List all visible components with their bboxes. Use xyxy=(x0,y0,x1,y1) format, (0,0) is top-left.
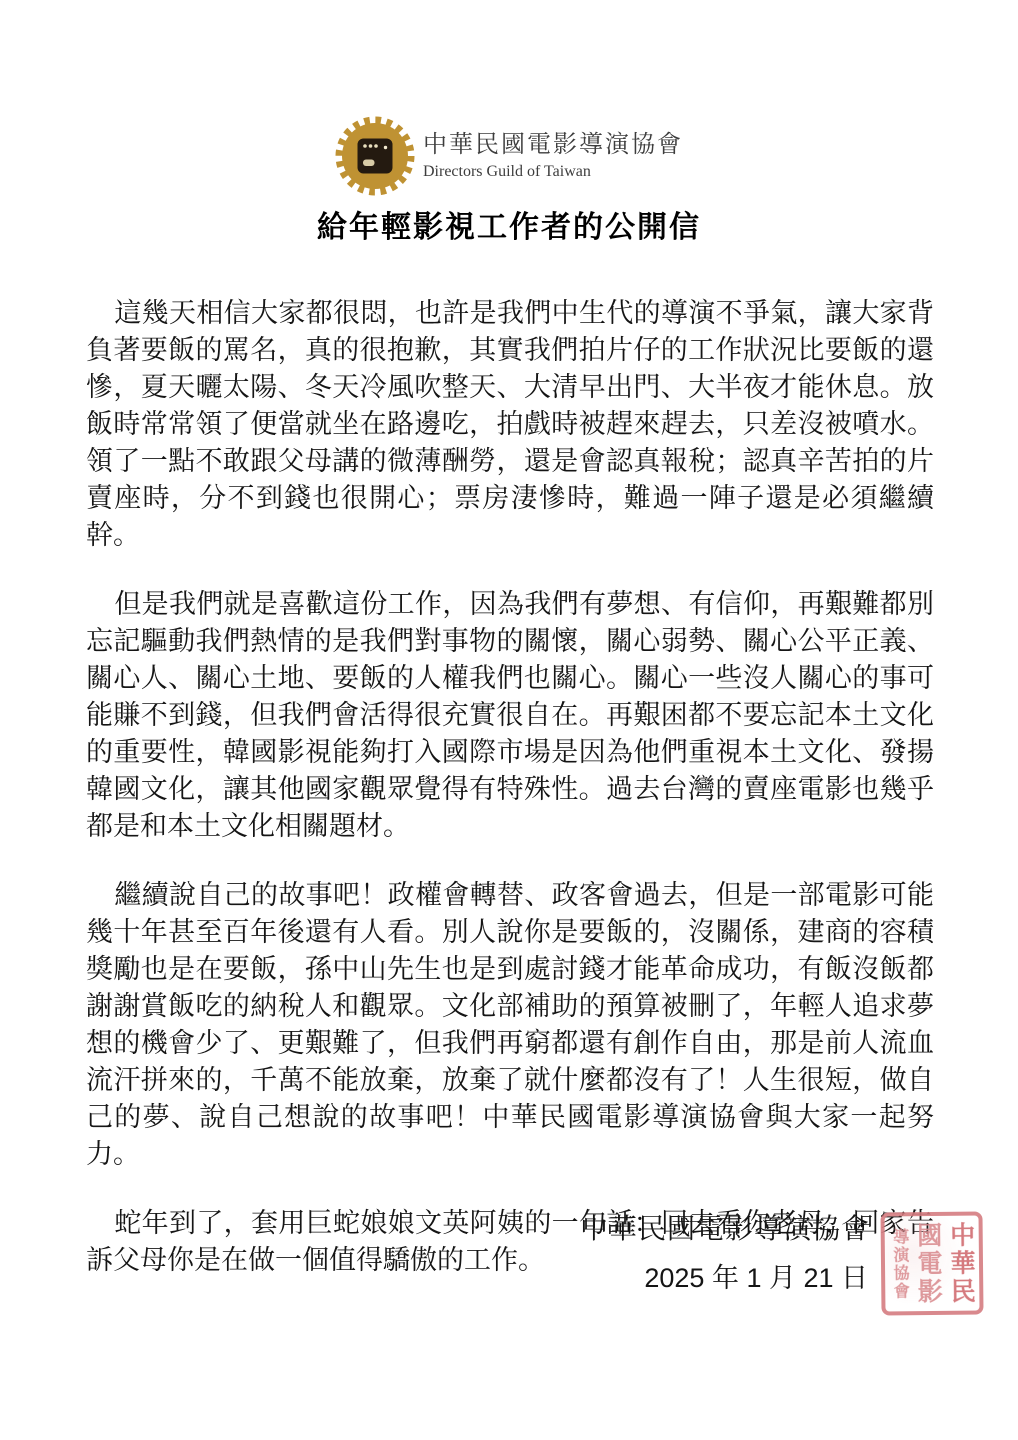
letter-page: 中華民國電影導演協會 Directors Guild of Taiwan 給年輕… xyxy=(0,0,1018,1440)
gear-camera-logo-icon xyxy=(335,116,415,196)
org-header: 中華民國電影導演協會 Directors Guild of Taiwan xyxy=(0,116,1018,196)
org-seal-stamp-icon: 導演協會 國電影 中華民 xyxy=(880,1211,983,1315)
signature-org: 中華民國電影導演協會 xyxy=(580,1212,870,1246)
org-name-block: 中華民國電影導演協會 Directors Guild of Taiwan xyxy=(423,131,683,180)
seal-column-left: 導演協會 xyxy=(891,1228,908,1300)
letter-body: 這幾天相信大家都很悶，也許是我們中生代的導演不爭氣，讓大家背負著要飯的罵名，真的… xyxy=(86,295,934,1311)
paragraph-2: 但是我們就是喜歡這份工作，因為我們有夢想、有信仰，再艱難都別忘記驅動我們熱情的是… xyxy=(86,586,934,845)
signature-date: 2025 年 1 月 21 日 xyxy=(580,1262,870,1294)
org-name-zh: 中華民國電影導演協會 xyxy=(423,131,683,160)
paragraph-1: 這幾天相信大家都很悶，也許是我們中生代的導演不爭氣，讓大家背負著要飯的罵名，真的… xyxy=(86,295,934,554)
org-name-en: Directors Guild of Taiwan xyxy=(423,163,683,181)
letter-title: 給年輕影視工作者的公開信 xyxy=(0,202,1018,246)
seal-column-middle: 國電影 xyxy=(915,1221,941,1305)
seal-column-right: 中華民 xyxy=(948,1221,974,1305)
signature-block: 中華民國電影導演協會 2025 年 1 月 21 日 xyxy=(580,1212,870,1294)
paragraph-3: 繼續說自己的故事吧！政權會轉替、政客會過去，但是一部電影可能幾十年甚至百年後還有… xyxy=(86,877,934,1173)
